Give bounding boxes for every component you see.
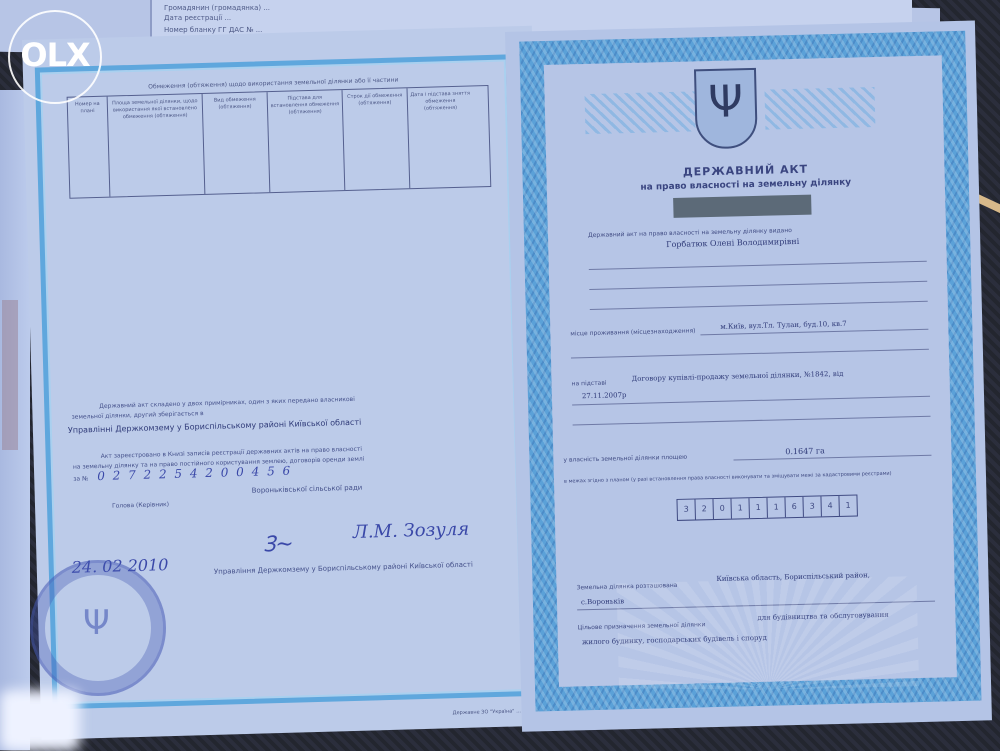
address-value: м.Київ, вул.Тл. Тулан, буд.10, кв.7: [720, 320, 847, 331]
light-glare: [0, 690, 80, 751]
basis-label: на підставі: [572, 380, 607, 388]
olx-logo-text: OLX: [10, 36, 100, 74]
cadastral-digit: 6: [785, 497, 803, 517]
form-line: [589, 261, 927, 270]
basis-value: Договору купівлі-продажу земельної ділян…: [631, 370, 843, 383]
background-line: Дата реєстрації ...: [164, 14, 231, 22]
table-header: Строк дії обмеження (обтяження): [343, 88, 411, 190]
registry-label: за №: [73, 475, 88, 482]
printer-footer: Державне ЗО "Україна" ...: [453, 708, 521, 716]
cadastral-digit: 1: [731, 498, 749, 518]
cadastral-digit: 1: [767, 497, 785, 517]
form-line: [734, 455, 932, 461]
ornament-left: [585, 91, 696, 134]
trident-icon: Ψ: [696, 76, 755, 128]
form-line: [573, 416, 931, 426]
background-line: Громадянин (громадянка) ...: [164, 4, 270, 12]
cadastral-number-boxes: 3 2 0 1 1 1 6 3 4 1: [676, 495, 857, 521]
table-header: Дата і підстава зняття обмеження (обтяже…: [407, 86, 475, 188]
olx-watermark: OLX: [8, 10, 102, 104]
council-name: Вороньківської сільської ради: [252, 484, 363, 495]
table-header: Номер на плані: [68, 97, 111, 198]
right-page: Ψ ДЕРЖАВНИЙ АКТ на право власності на зе…: [505, 21, 992, 732]
table-header: Вид обмеження (обтяження): [203, 92, 271, 194]
official-stamp: Ψ: [30, 560, 166, 696]
restrictions-table: Номер на плані Площа земельної ділянки, …: [67, 85, 492, 199]
department-name: Управління Держкомзему у Бориспільському…: [214, 561, 473, 576]
coat-of-arms: Ψ: [694, 68, 758, 149]
form-line: [590, 301, 928, 310]
cadastral-digit: 3: [803, 496, 821, 516]
owner-name: Горбатюк Олені Володимирівні: [666, 237, 799, 249]
cadastral-digit: 1: [839, 496, 856, 516]
table-header: Площа земельної ділянки, щодо використан…: [108, 94, 206, 197]
sunburst-watermark: [617, 576, 920, 693]
storage-department: Управлінні Держкомзему у Бориспільському…: [68, 418, 362, 435]
signature-scribble: Ꝫ~: [263, 528, 294, 559]
trident-icon: Ψ: [83, 603, 110, 643]
cadastral-digit: 1: [749, 498, 767, 518]
table-header: Підстава для встановлення обмеження (обт…: [268, 90, 346, 192]
area-label: у власність земельної ділянки площею: [563, 454, 687, 464]
signature: Л.М. Зозуля: [353, 519, 470, 543]
ornament-right: [764, 87, 875, 130]
cadastral-digit: 3: [677, 499, 695, 519]
certificate-body: Ψ ДЕРЖАВНИЙ АКТ на право власності на зе…: [544, 55, 957, 687]
form-line: [571, 349, 929, 359]
address-label: місце проживання (місцезнаходження): [570, 327, 695, 337]
cadastral-digit: 2: [695, 499, 713, 519]
paragraph-text: земельної ділянки, другий зберігається в: [71, 410, 203, 421]
cadastral-digit: 4: [821, 496, 839, 516]
form-line: [589, 281, 927, 290]
cadastral-digit: 0: [713, 499, 731, 519]
council-label: Голова (Керівник): [112, 501, 169, 510]
basis-date: 27.11.2007р: [582, 391, 627, 400]
serial-number-redacted: [673, 195, 811, 218]
cadastral-caption: в межах згідно з планом (у разі встановл…: [564, 471, 892, 485]
area-value: 0.1647 га: [785, 446, 825, 456]
paragraph-text: Державний акт складено у двох примірника…: [99, 396, 355, 410]
